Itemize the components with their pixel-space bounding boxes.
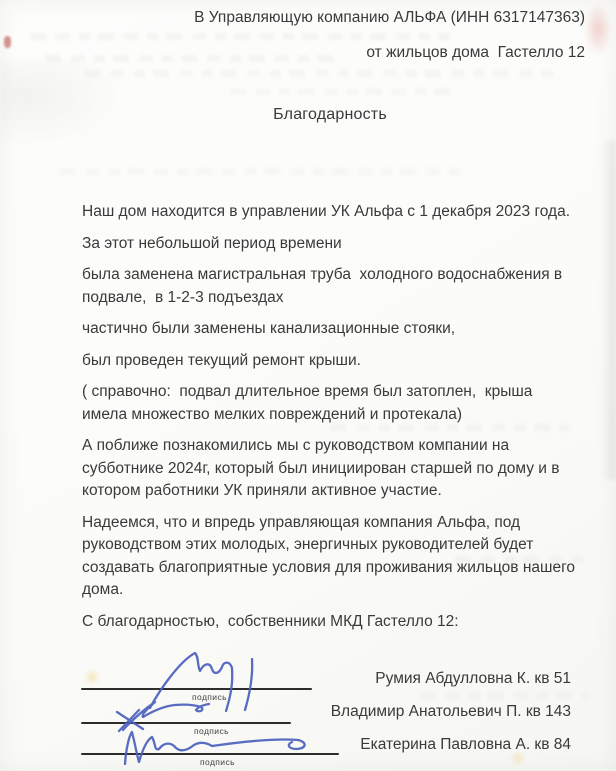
paragraph: был проведен текущий ремонт крыши.	[82, 350, 575, 373]
signer-name-1: Румия Абдулловна К. кв 51	[375, 670, 571, 688]
paragraph-line: был проведен текущий ремонт крыши.	[82, 352, 361, 369]
paragraph-line: создавать благоприятные условия для прож…	[82, 557, 575, 580]
paragraph-line: А поближе познакомились мы с руководство…	[82, 435, 575, 458]
paragraph: Наш дом находится в управлении УК Альфа …	[82, 201, 575, 224]
handwritten-signature-2	[123, 702, 209, 730]
bleed-through-mark	[420, 692, 590, 699]
paragraph-line: руководством этих молодых, энергичных ру…	[82, 534, 575, 557]
paragraph: Надеемся, что и впредь управляющая компа…	[82, 512, 575, 602]
paragraph-line: За этот небольшой период времени	[82, 235, 342, 252]
signer-name-3: Екатерина Павловна А. кв 84	[360, 736, 571, 754]
paragraph: С благодарностью, собственники МКД Гасте…	[82, 611, 575, 634]
letter-body: Наш дом находится в управлении УК Альфа …	[82, 201, 575, 642]
sender-line: от жильцов дома Гастелло 12	[40, 42, 585, 63]
recipient-line: В Управляющую компанию АЛЬФА (ИНН 631714…	[40, 7, 585, 28]
paper-crease-shadow	[600, 140, 616, 480]
bleed-through-mark	[60, 168, 460, 175]
bleed-through-mark	[230, 88, 450, 95]
paragraph-line: Надеемся, что и впредь управляющая компа…	[82, 512, 575, 535]
closing-line: С благодарностью, собственники МКД Гасте…	[82, 613, 459, 630]
paragraph: частично были заменены канализационные с…	[82, 318, 575, 341]
paragraph: была заменена магистральная труба холодн…	[82, 264, 575, 309]
paragraph-line: субботнике 2024г, который был инициирова…	[82, 458, 575, 481]
scan-smudge	[4, 36, 11, 48]
handwritten-signatures	[95, 645, 325, 771]
paragraph: За этот небольшой период времени	[82, 233, 575, 256]
paragraph: А поближе познакомились мы с руководство…	[82, 435, 575, 503]
paragraph-line: котором работники УК приняли активное уч…	[82, 480, 575, 503]
paragraph-line: была заменена магистральная труба холодн…	[82, 264, 575, 287]
signer-name-2: Владимир Анатольевич П. кв 143	[331, 703, 571, 721]
handwritten-signature-1	[150, 653, 232, 711]
paragraph-line: имела множество мелких повреждений и про…	[82, 404, 575, 427]
paragraph-line: дома.	[82, 579, 575, 602]
paragraph: ( справочно: подвал длительное время был…	[82, 381, 575, 426]
paragraph-line: Наш дом находится в управлении УК Альфа …	[82, 203, 570, 220]
scanned-letter-page: В Управляющую компанию АЛЬФА (ИНН 631714…	[0, 0, 616, 771]
document-title: Благодарность	[44, 106, 616, 124]
bleed-through-mark	[85, 70, 555, 77]
paragraph-line: ( справочно: подвал длительное время был…	[82, 381, 575, 404]
handwritten-signature-1-tail	[245, 659, 252, 710]
paragraph-line: подвале, в 1-2-3 подъездах	[82, 287, 575, 310]
letter-header: В Управляющую компанию АЛЬФА (ИНН 631714…	[40, 7, 585, 63]
handwritten-signature-3	[125, 732, 305, 764]
paragraph-line: частично были заменены канализационные с…	[82, 320, 455, 337]
scan-smudge	[584, 2, 612, 56]
